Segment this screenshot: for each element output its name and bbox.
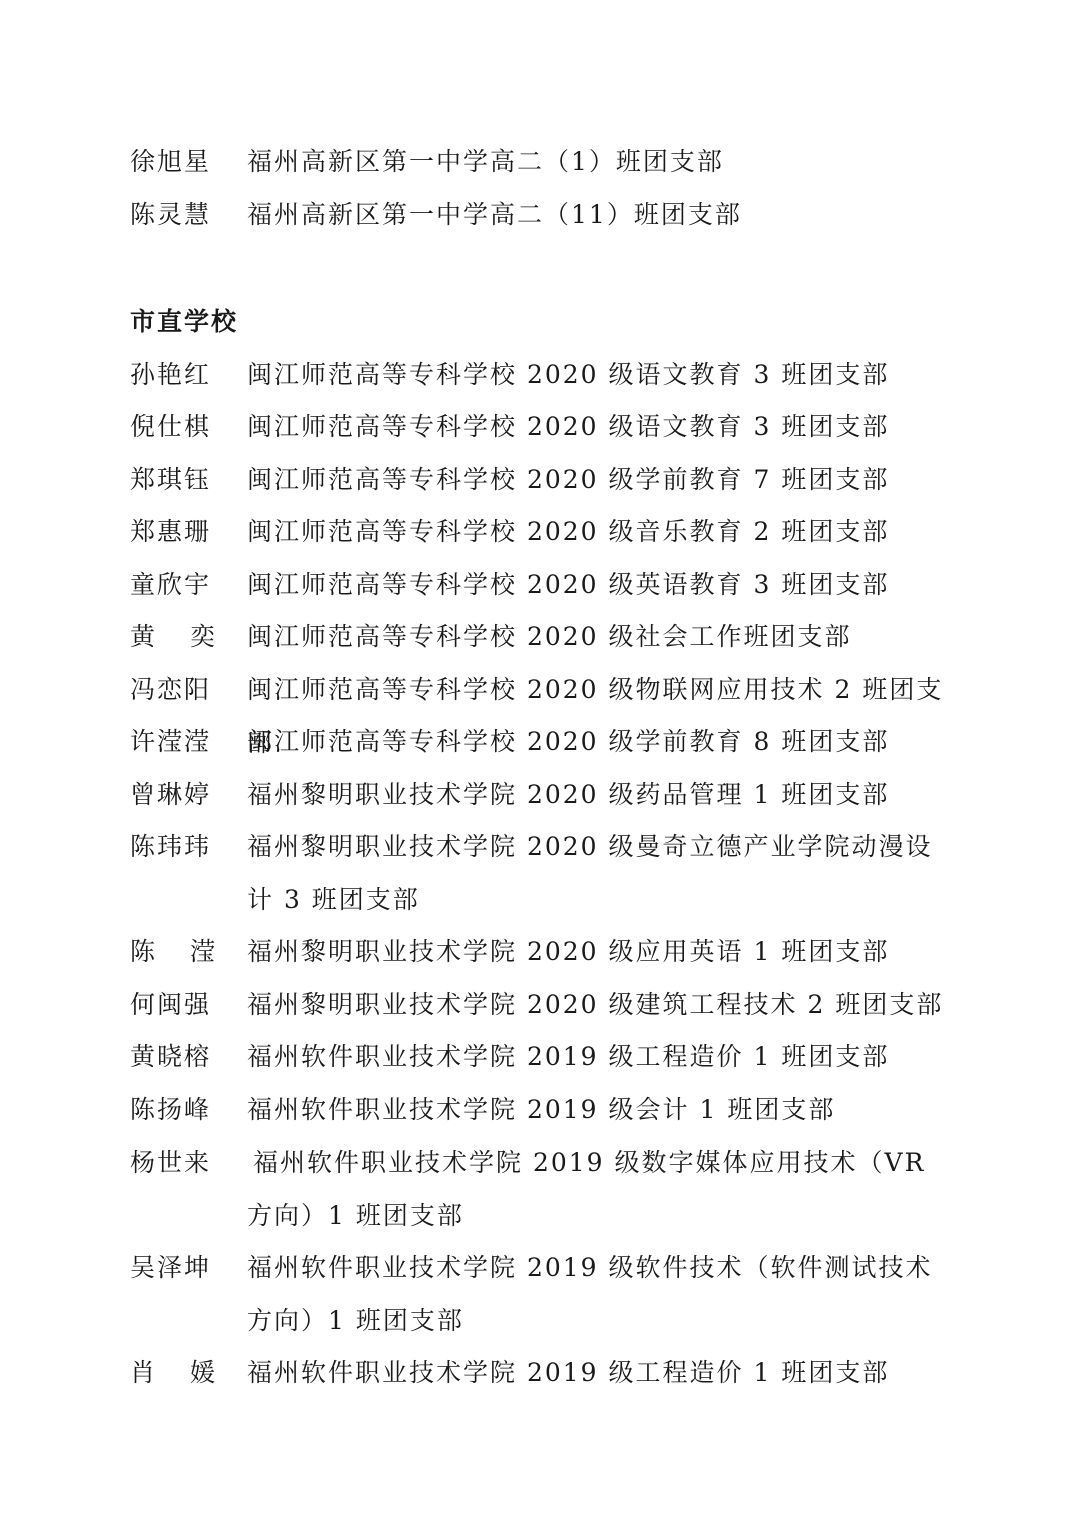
member-name: 肖 媛 — [130, 1347, 217, 1400]
member-name: 陈 滢 — [130, 926, 217, 979]
list-item: 吴泽坤 福州软件职业技术学院 2019 级软件技术（软件测试技术 方向）1 班团… — [130, 1242, 957, 1347]
member-org: 闽江师范高等专科学校 2020 级学前教育 8 班团支部 — [247, 716, 957, 769]
member-org: 闽江师范高等专科学校 2020 级学前教育 7 班团支部 — [247, 454, 957, 507]
member-org-line: 方向）1 班团支部 — [247, 1190, 957, 1243]
list-item: 何闽强 福州黎明职业技术学院 2020 级建筑工程技术 2 班团支部 — [130, 979, 957, 1032]
member-name-part: 陈 — [130, 926, 157, 979]
member-org-line: 福州软件职业技术学院 2019 级软件技术（软件测试技术 — [247, 1242, 957, 1295]
member-name: 何闽强 — [130, 979, 247, 1032]
list-item: 杨世来 福州软件职业技术学院 2019 级数字媒体应用技术（VR 方向）1 班团… — [130, 1137, 957, 1242]
section-heading: 市直学校 — [130, 296, 238, 349]
member-name: 郑琪钰 — [130, 454, 247, 507]
member-name: 陈灵慧 — [130, 189, 247, 242]
list-item: 许滢滢 闽江师范高等专科学校 2020 级学前教育 8 班团支部 — [130, 716, 957, 769]
member-org: 福州高新区第一中学高二（11）班团支部 — [247, 189, 957, 242]
member-name: 冯恋阳 — [130, 664, 247, 717]
member-name: 黄晓榕 — [130, 1031, 247, 1084]
list-item: 郑惠珊 闽江师范高等专科学校 2020 级音乐教育 2 班团支部 — [130, 506, 957, 559]
member-org: 福州黎明职业技术学院 2020 级建筑工程技术 2 班团支部 — [247, 979, 957, 1032]
member-org: 闽江师范高等专科学校 2020 级音乐教育 2 班团支部 — [247, 506, 957, 559]
list-item: 童欣宇 闽江师范高等专科学校 2020 级英语教育 3 班团支部 — [130, 559, 957, 612]
member-org: 福州软件职业技术学院 2019 级会计 1 班团支部 — [247, 1084, 957, 1137]
member-org: 福州高新区第一中学高二（1）班团支部 — [247, 136, 957, 189]
member-org: 福州软件职业技术学院 2019 级工程造价 1 班团支部 — [247, 1031, 957, 1084]
member-name: 吴泽坤 — [130, 1242, 247, 1295]
member-org-line: 方向）1 班团支部 — [247, 1295, 957, 1348]
list-item: 孙艳红 闽江师范高等专科学校 2020 级语文教育 3 班团支部 — [130, 349, 957, 402]
member-name: 童欣宇 — [130, 559, 247, 612]
member-org: 福州黎明职业技术学院 2020 级曼奇立德产业学院动漫设 计 3 班团支部 — [247, 821, 957, 926]
list-item: 徐旭星 福州高新区第一中学高二（1）班团支部 — [130, 136, 957, 189]
list-item: 黄 奕 闽江师范高等专科学校 2020 级社会工作班团支部 — [130, 611, 957, 664]
list-item: 陈玮玮 福州黎明职业技术学院 2020 级曼奇立德产业学院动漫设 计 3 班团支… — [130, 821, 957, 926]
member-name-part: 肖 — [130, 1347, 157, 1400]
member-org: 闽江师范高等专科学校 2020 级语文教育 3 班团支部 — [247, 401, 957, 454]
member-name: 陈扬峰 — [130, 1084, 247, 1137]
member-name-part: 黄 — [130, 611, 157, 664]
member-org: 福州软件职业技术学院 2019 级软件技术（软件测试技术 方向）1 班团支部 — [247, 1242, 957, 1347]
member-name: 孙艳红 — [130, 349, 247, 402]
member-org: 闽江师范高等专科学校 2020 级语文教育 3 班团支部 — [247, 349, 957, 402]
member-org: 福州黎明职业技术学院 2020 级应用英语 1 班团支部 — [247, 926, 957, 979]
member-org: 闽江师范高等专科学校 2020 级社会工作班团支部 — [247, 611, 957, 664]
list-item: 肖 媛 福州软件职业技术学院 2019 级工程造价 1 班团支部 — [130, 1347, 957, 1400]
member-name: 郑惠珊 — [130, 506, 247, 559]
member-org-line: 计 3 班团支部 — [247, 874, 957, 927]
member-name: 黄 奕 — [130, 611, 217, 664]
list-item: 曾琳婷 福州黎明职业技术学院 2020 级药品管理 1 班团支部 — [130, 769, 957, 822]
list-item: 郑琪钰 闽江师范高等专科学校 2020 级学前教育 7 班团支部 — [130, 454, 957, 507]
member-org-line: 福州黎明职业技术学院 2020 级曼奇立德产业学院动漫设 — [247, 821, 957, 874]
member-name: 曾琳婷 — [130, 769, 247, 822]
member-name: 倪仕棋 — [130, 401, 247, 454]
member-name: 徐旭星 — [130, 136, 247, 189]
member-org: 闽江师范高等专科学校 2020 级英语教育 3 班团支部 — [247, 559, 957, 612]
list-item: 陈 滢 福州黎明职业技术学院 2020 级应用英语 1 班团支部 — [130, 926, 957, 979]
list-item: 陈灵慧 福州高新区第一中学高二（11）班团支部 — [130, 189, 957, 242]
member-name-part: 媛 — [190, 1347, 217, 1400]
list-item: 陈扬峰 福州软件职业技术学院 2019 级会计 1 班团支部 — [130, 1084, 957, 1137]
list-item: 倪仕棋 闽江师范高等专科学校 2020 级语文教育 3 班团支部 — [130, 401, 957, 454]
member-org: 福州软件职业技术学院 2019 级数字媒体应用技术（VR 方向）1 班团支部 — [247, 1137, 957, 1242]
member-name: 陈玮玮 — [130, 821, 247, 874]
member-name-part: 滢 — [190, 926, 217, 979]
member-org-line: 福州软件职业技术学院 2019 级数字媒体应用技术（VR — [247, 1137, 957, 1190]
member-name-part: 奕 — [190, 611, 217, 664]
member-org: 福州黎明职业技术学院 2020 级药品管理 1 班团支部 — [247, 769, 957, 822]
list-item: 黄晓榕 福州软件职业技术学院 2019 级工程造价 1 班团支部 — [130, 1031, 957, 1084]
member-name: 许滢滢 — [130, 716, 247, 769]
member-org: 福州软件职业技术学院 2019 级工程造价 1 班团支部 — [247, 1347, 957, 1400]
member-name: 杨世来 — [130, 1137, 247, 1190]
